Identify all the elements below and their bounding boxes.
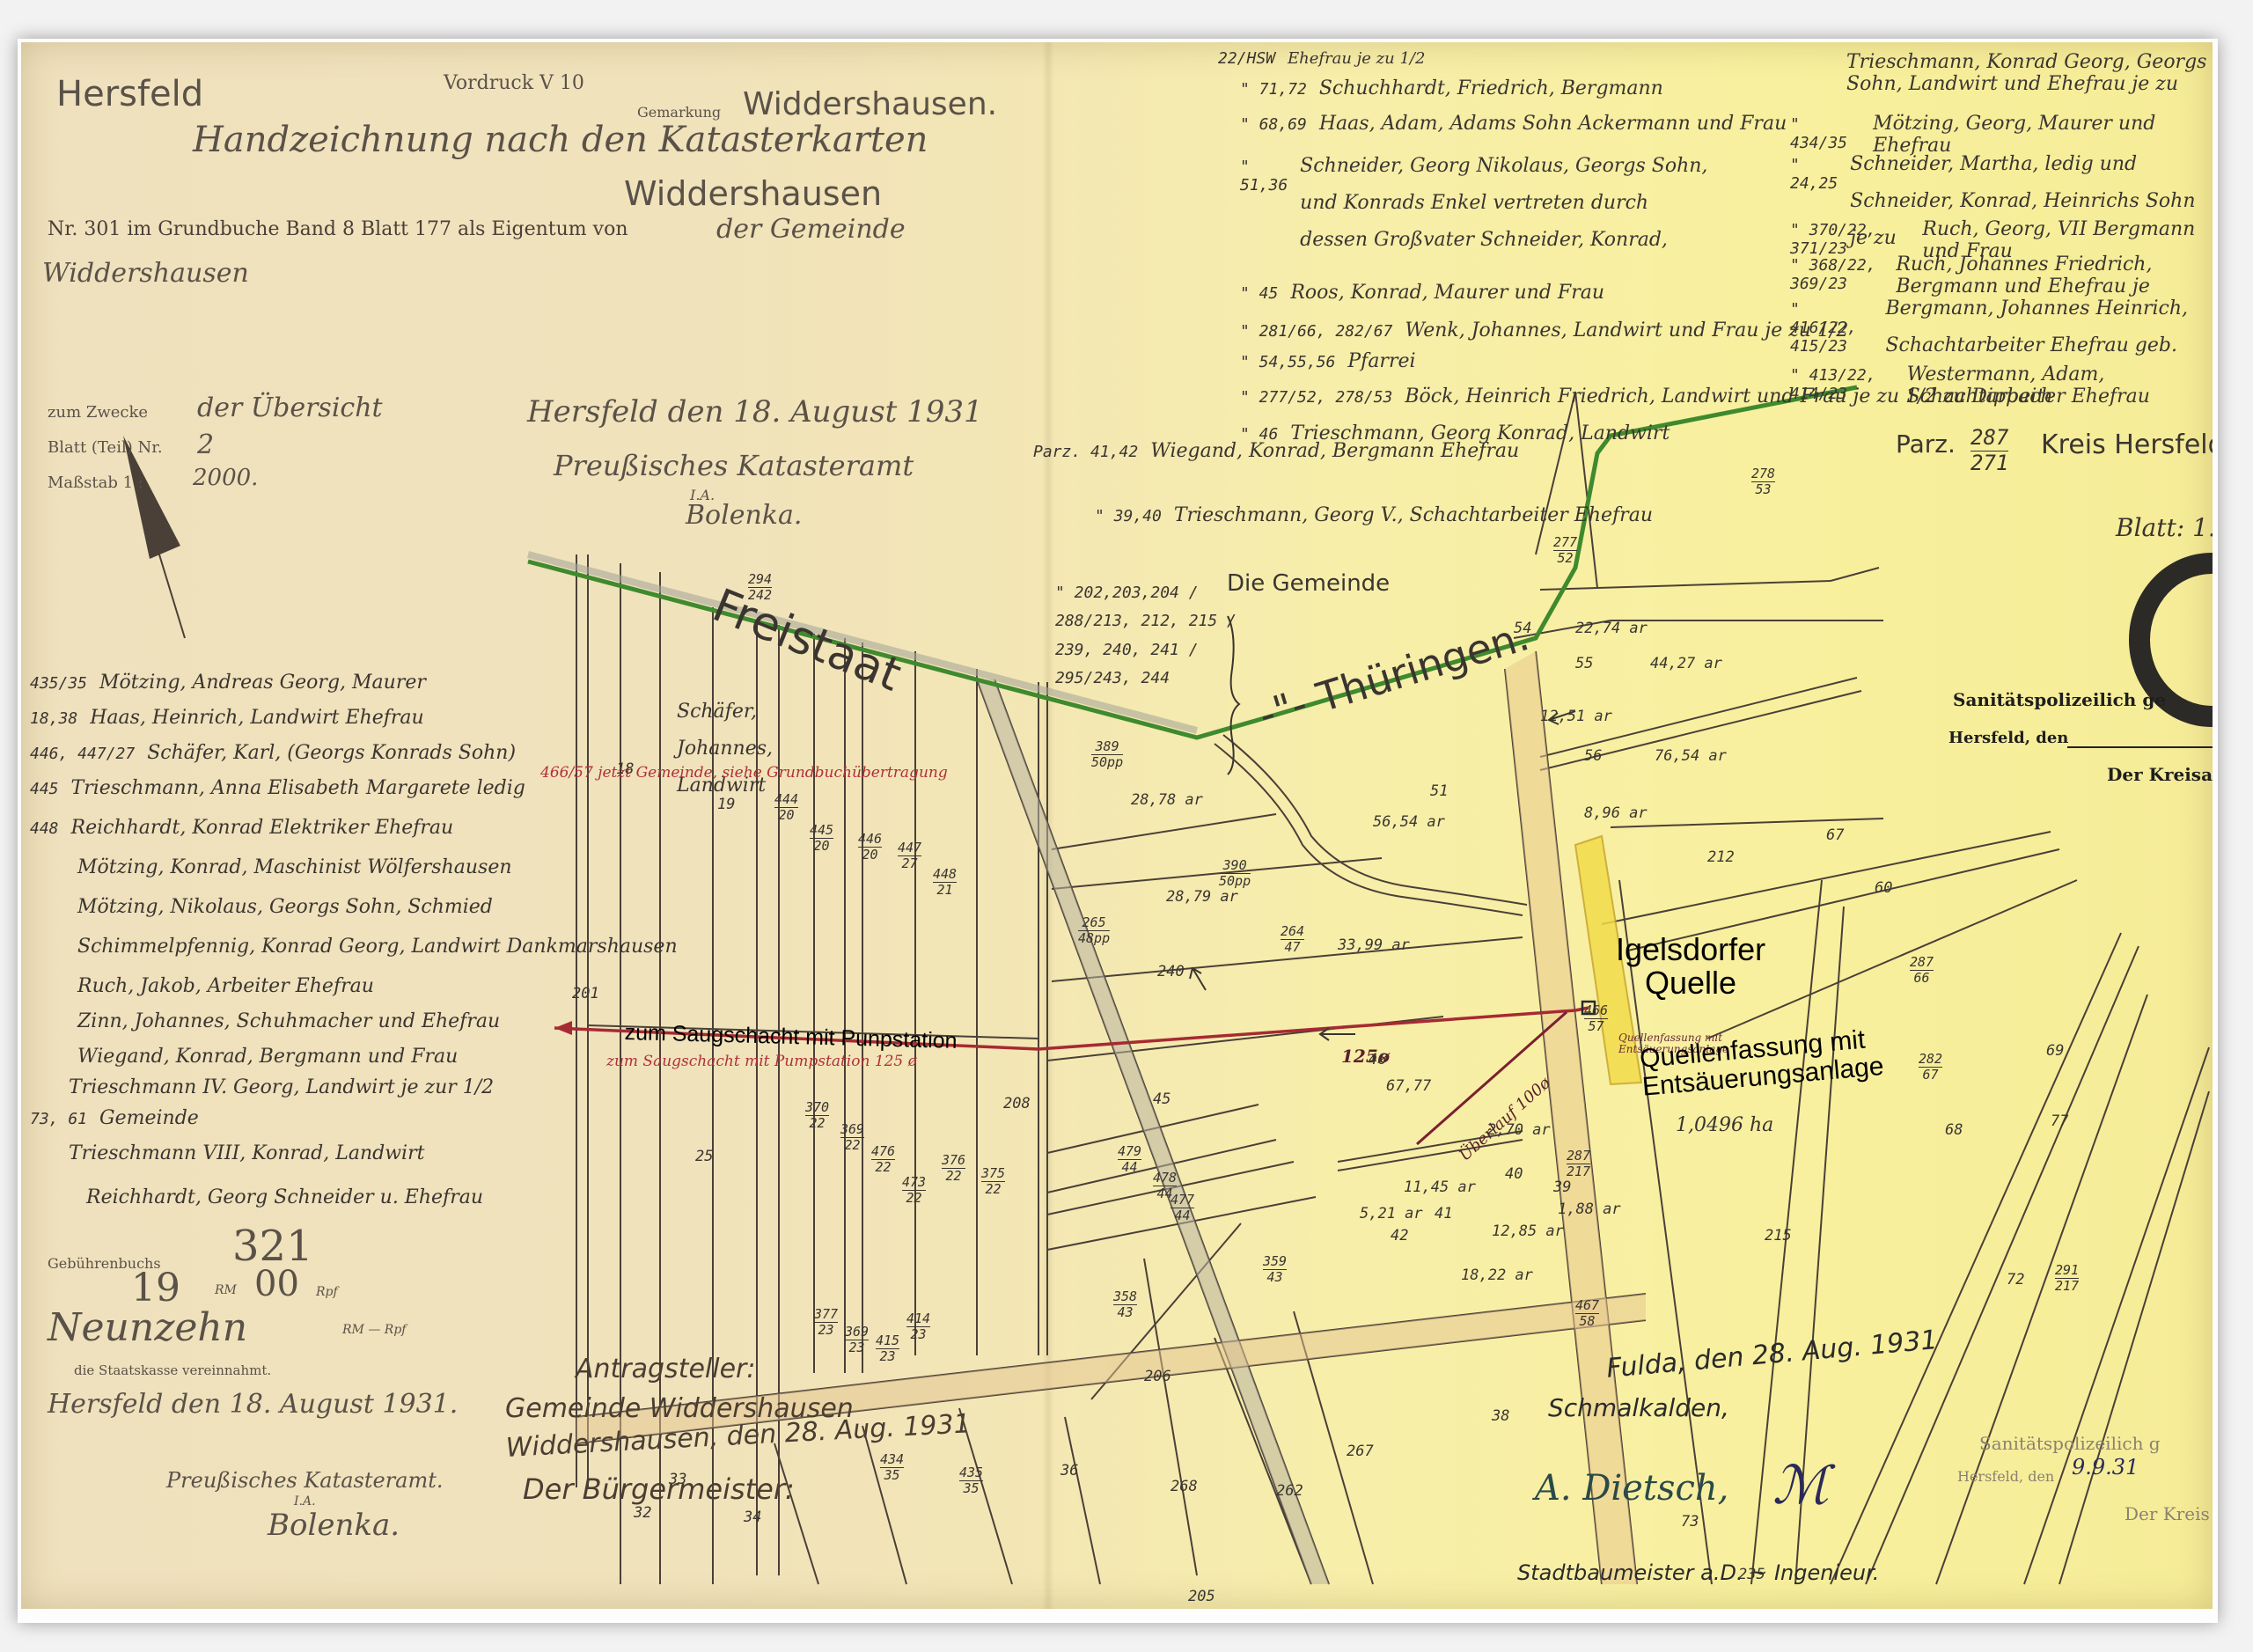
fees-amount-rpf: 00 (254, 1264, 299, 1304)
parcel-label: 235 (1738, 1567, 1765, 1584)
ledger-left-row: Trieschmann VIII, Konrad, Landwirt (56, 1142, 424, 1164)
parcel-label: 5,21 ar (1360, 1206, 1423, 1223)
ledger-right-row: " 413/22, 414/23Westermann, Adam, Schach… (1790, 363, 2213, 407)
parcel-label: 46 (1369, 1052, 1386, 1069)
parcel-label: 28,78 ar (1131, 792, 1203, 810)
parcel-label: 56,54 ar (1373, 814, 1445, 832)
district-name: Hersfeld (56, 74, 203, 114)
cadastral-map-sheet: Vordruck V 10 Hersfeld Gemarkung Widders… (21, 42, 2213, 1609)
parcel-fraction: 47744 (1171, 1193, 1194, 1224)
parcel-label: 19 (717, 797, 735, 814)
ledger-left-row: Mötzing, Nikolaus, Georgs Sohn, Schmied (65, 896, 493, 918)
form-number: Vordruck V 10 (444, 72, 584, 94)
top-place-date: Hersfeld den 18. August 1931 (527, 394, 983, 430)
ledger-left-row: 18,38Haas, Heinrich, Landwirt Ehefrau (30, 707, 424, 729)
parcel-fraction: 36922 (840, 1122, 864, 1154)
parcel-label: 77 (2051, 1113, 2068, 1131)
parcel-fraction: 37622 (942, 1153, 965, 1185)
second-signature: ℳ (1772, 1455, 1829, 1516)
parcel-label: 205 (1188, 1589, 1215, 1606)
stamp2-signer: Der Kreis (2125, 1503, 2210, 1524)
blatt-number: Blatt: 1. (2116, 513, 2213, 542)
ledger-left-row: Trieschmann IV. Georg, Landwirt je zur 1… (56, 1076, 494, 1098)
parcel-label: 267 (1347, 1443, 1374, 1461)
parcel-label: 69 (2046, 1043, 2064, 1061)
red-pipe-label: zum Saugschacht mit Pumpstation 125 ø (606, 1053, 917, 1070)
pipe-arrow-icon (554, 1021, 572, 1035)
gemeindebezirk-value: Widdershausen (624, 174, 882, 213)
parcel-label: 45 (1153, 1091, 1171, 1109)
parcel-fraction: 39050pp (1219, 858, 1251, 890)
ledger-left-row: Mötzing, Konrad, Maschinist Wölfershause… (65, 856, 512, 878)
stamp-title: Sanitätspolizeilich ge (1953, 689, 2166, 710)
parcel-label: 72 (2007, 1272, 2024, 1289)
parcel-fraction: 43535 (959, 1465, 983, 1497)
document-title: Handzeichnung nach den Katasterkarten (193, 120, 928, 160)
parcel-label: 18,22 ar (1461, 1267, 1533, 1285)
parcel-fraction: 41523 (876, 1333, 899, 1365)
parcel-fraction: 294242 (748, 572, 772, 604)
scale-value: 2000. (193, 465, 258, 491)
parz-trieschmann: " 39,40Trieschmann, Georg V., Schachtarb… (1095, 504, 1653, 526)
parcel-label: 33,99 ar (1338, 937, 1410, 955)
parcel-label: 268 (1171, 1479, 1198, 1496)
parcel-fraction: 44620 (858, 832, 882, 863)
parcel-fraction: 46657 (1584, 1003, 1608, 1035)
parcel-label: 44,27 ar (1650, 656, 1722, 673)
ledger-center-row: " 45Roos, Konrad, Maurer und Frau (1240, 282, 1604, 304)
ledger-center-row: 22/HSWEhefrau je zu 1/2 (1218, 49, 1425, 68)
purpose-label: zum Zwecke (48, 403, 148, 422)
parcel-label: 22,74 ar (1575, 620, 1648, 638)
parcel-label: 68 (1945, 1122, 1963, 1140)
gemarkung-value: Widdershausen. (743, 86, 997, 122)
parcel-label: 18 (616, 761, 634, 779)
fees-place-date: Hersfeld den 18. August 1931. (48, 1389, 458, 1420)
applicant-role: Der Bürgermeister: (523, 1472, 795, 1506)
parcel-label: 73 (1681, 1514, 1699, 1531)
parcel-fraction: 37723 (814, 1307, 838, 1339)
blatt-label: Blatt (Teil) Nr. (48, 438, 163, 457)
fees-rm-words: RM — Rpf (342, 1323, 406, 1337)
parcel-fraction: 41423 (906, 1311, 930, 1343)
parcel-label: 208 (1003, 1096, 1031, 1113)
gemarkung-label: Gemarkung (637, 104, 721, 121)
parcel-fraction: 47622 (871, 1144, 895, 1176)
fees-office: Preußisches Katasteramt. (166, 1468, 444, 1493)
parcel-label: 76,54 ar (1655, 748, 1727, 766)
parcel-fraction: 35843 (1113, 1289, 1137, 1321)
parcel-label: 34 (744, 1509, 761, 1527)
stamp-date-line (2067, 746, 2213, 748)
parz-right-label: Parz. (1896, 430, 1956, 459)
parcel-label: 67,77 (1386, 1078, 1431, 1096)
stamp2-place: Hersfeld, den (1957, 1468, 2054, 1485)
applicant-label: Antragsteller: (576, 1354, 755, 1384)
ledger-left-row: 435/35Mötzing, Andreas Georg, Maurer (30, 672, 426, 694)
parcel-label: 40 (1505, 1166, 1523, 1184)
ledger-left-row: Ruch, Jakob, Arbeiter Ehefrau (65, 975, 374, 997)
blatt-value: 2 (197, 430, 214, 460)
ledger-left-row: Zinn, Johannes, Schuhmacher und Ehefrau (65, 1010, 500, 1032)
parz-wiegand: Parz. 41,42Wiegand, Konrad, Bergmann Ehe… (1033, 440, 1519, 462)
ledger-center-row: " 71,72Schuchhardt, Friedrich, Bergmann (1240, 77, 1663, 99)
parcel-fraction: 27752 (1553, 535, 1577, 567)
stamp2-date: 9.9.31 (2072, 1455, 2139, 1479)
parcel-label: 12,85 ar (1492, 1223, 1564, 1241)
ledger-left-row: Reichhardt, Georg Schneider u. Ehefrau (74, 1186, 483, 1208)
ledger-center-row: " 54,55,56Pfarrei (1240, 350, 1416, 372)
parcel-fraction: 38950pp (1091, 739, 1123, 771)
parcel-label: 42 (1391, 1228, 1408, 1245)
parcel-label: 60 (1875, 880, 1892, 898)
parcel-label: 240 (1157, 964, 1185, 981)
parcel-label: 36 (1060, 1463, 1078, 1480)
parcel-label: 11,45 ar (1404, 1179, 1476, 1197)
fees-amount-words: Neunzehn (48, 1305, 247, 1350)
parcel-fraction: 46758 (1575, 1298, 1599, 1330)
office-signature: Bolenka. (686, 500, 802, 531)
die-gemeinde-label: Die Gemeinde (1227, 570, 1390, 597)
parcel-label: 56 (1584, 748, 1602, 766)
parcel-fraction: 28267 (1919, 1052, 1942, 1083)
label-schaefer: Schäfer, Johannes, Landwirt (677, 694, 774, 804)
parcel-fraction: 36923 (845, 1325, 869, 1356)
ledger-left-row: Wiegand, Konrad, Bergmann und Frau (65, 1046, 458, 1068)
fees-amount-rm: 19 (131, 1266, 180, 1311)
kreis-label: Kreis Hersfeld (2041, 430, 2213, 460)
stamp-place: Hersfeld, den (1948, 729, 2068, 747)
parcel-fraction: 44821 (933, 867, 957, 899)
parcel-label: 32 (634, 1505, 651, 1523)
parcel-label: 12,51 ar (1540, 709, 1612, 726)
red-note-ownership: 466/57 jetzt Gemeinde, siehe Grundbuchüb… (540, 764, 948, 782)
grundbuch-line: Nr. 301 im Grundbuche Band 8 Blatt 177 a… (48, 218, 627, 240)
ledger-center-row: " 68,69Haas, Adam, Adams Sohn Ackermann … (1240, 113, 1787, 135)
parcel-fraction: 44727 (898, 841, 921, 872)
engineer-signature: A. Dietsch, (1535, 1468, 1728, 1509)
parcel-label: 1,88 ar (1558, 1201, 1621, 1219)
parcel-label: 41 (1435, 1206, 1452, 1223)
parcel-fraction: 44520 (810, 823, 833, 855)
parcel-label: 28,79 ar (1166, 889, 1238, 907)
owner-place: Widdershausen (42, 258, 249, 289)
purpose-value: der Übersicht (197, 393, 383, 423)
area-label-large: 1,0496 ha (1676, 1114, 1773, 1136)
spring-name-label: Igelsdorfer Quelle (1616, 933, 1765, 1000)
parcel-fraction: 287217 (1567, 1149, 1590, 1180)
scale-label: Maßstab 1 : (48, 474, 143, 492)
parcel-fraction: 44420 (774, 792, 798, 824)
parz-right-fraction: 287271 (1970, 426, 2008, 475)
parcel-fraction: 37522 (981, 1166, 1005, 1198)
parcel-label: 25 (695, 1149, 713, 1166)
ledger-left-row: Schimmelpfennig, Konrad Georg, Landwirt … (65, 936, 678, 958)
ledger-center-row: " 51,36Schneider, Georg Nikolaus, Georgs… (1240, 148, 1715, 258)
parcel-label: 8,96 ar (1584, 805, 1648, 823)
ledger-center-row: " 281/66, 282/67Wenk, Johannes, Landwirt… (1240, 319, 1848, 341)
parcel-fraction: 43435 (880, 1452, 904, 1484)
ledger-left-row: 448Reichhardt, Konrad Elektriker Ehefrau (30, 817, 453, 839)
fees-signature: Bolenka. (268, 1508, 400, 1543)
parcel-fraction: 28766 (1910, 955, 1934, 987)
parcel-label: 51 (1430, 783, 1448, 801)
parcel-fraction: 26548pp (1078, 915, 1110, 947)
engineer-place2: Schmalkalden, (1548, 1393, 1729, 1422)
parcel-fraction: 37022 (805, 1100, 829, 1132)
fees-received: die Staatskasse vereinnahmt. (74, 1362, 271, 1378)
stamp-signer: Der Kreisar (2107, 764, 2213, 785)
parcel-label: 39 (1553, 1179, 1571, 1197)
fees-rpf-label: Rpf (316, 1285, 338, 1299)
fees-rm-label: RM (215, 1283, 237, 1297)
ledger-left-row: 445Trieschmann, Anna Elisabeth Margarete… (30, 777, 525, 799)
parcel-label: 201 (572, 986, 599, 1003)
stamp2-title: Sanitätspolizeilich g (1979, 1433, 2161, 1454)
parcel-label: 206 (1144, 1369, 1171, 1386)
ledger-right-row: Trieschmann, Konrad Georg, Georgs Sohn, … (1834, 51, 2213, 95)
parcel-label: 2,70 ar (1487, 1122, 1551, 1140)
parcel-fraction: 47322 (902, 1175, 926, 1207)
ledger-left-row: 73, 61Gemeinde (30, 1107, 199, 1129)
ledger-left-row: 446, 447/27Schäfer, Karl, (Georgs Konrad… (30, 742, 516, 764)
parcel-fraction: 26447 (1281, 924, 1304, 956)
parcel-fraction: 47944 (1118, 1144, 1141, 1176)
cadastral-office: Preußisches Katasteramt (554, 449, 914, 482)
fees-office-ia: I.A. (294, 1494, 316, 1509)
parcel-fraction: 291217 (2055, 1263, 2079, 1295)
parcel-label: 38 (1492, 1408, 1509, 1426)
parcel-label: 33 (669, 1472, 686, 1489)
parcel-label: 55 (1575, 656, 1593, 673)
parcel-label: 262 (1276, 1483, 1303, 1501)
engineer-role: Stadtbaumeister a.D. ~ Ingenieur. (1517, 1560, 1879, 1585)
ledger-right-row: " 416/22, 415/23Bergmann, Johannes Heinr… (1790, 290, 2213, 364)
parcel-label: 54 (1514, 620, 1531, 638)
parcel-fraction: 35943 (1263, 1254, 1287, 1286)
parcel-label: 67 (1826, 827, 1844, 845)
owner-value: der Gemeinde (716, 214, 906, 245)
parcel-label: 212 (1707, 849, 1735, 867)
parcel-fraction: 27853 (1751, 466, 1775, 498)
parcel-label: 215 (1765, 1228, 1792, 1245)
